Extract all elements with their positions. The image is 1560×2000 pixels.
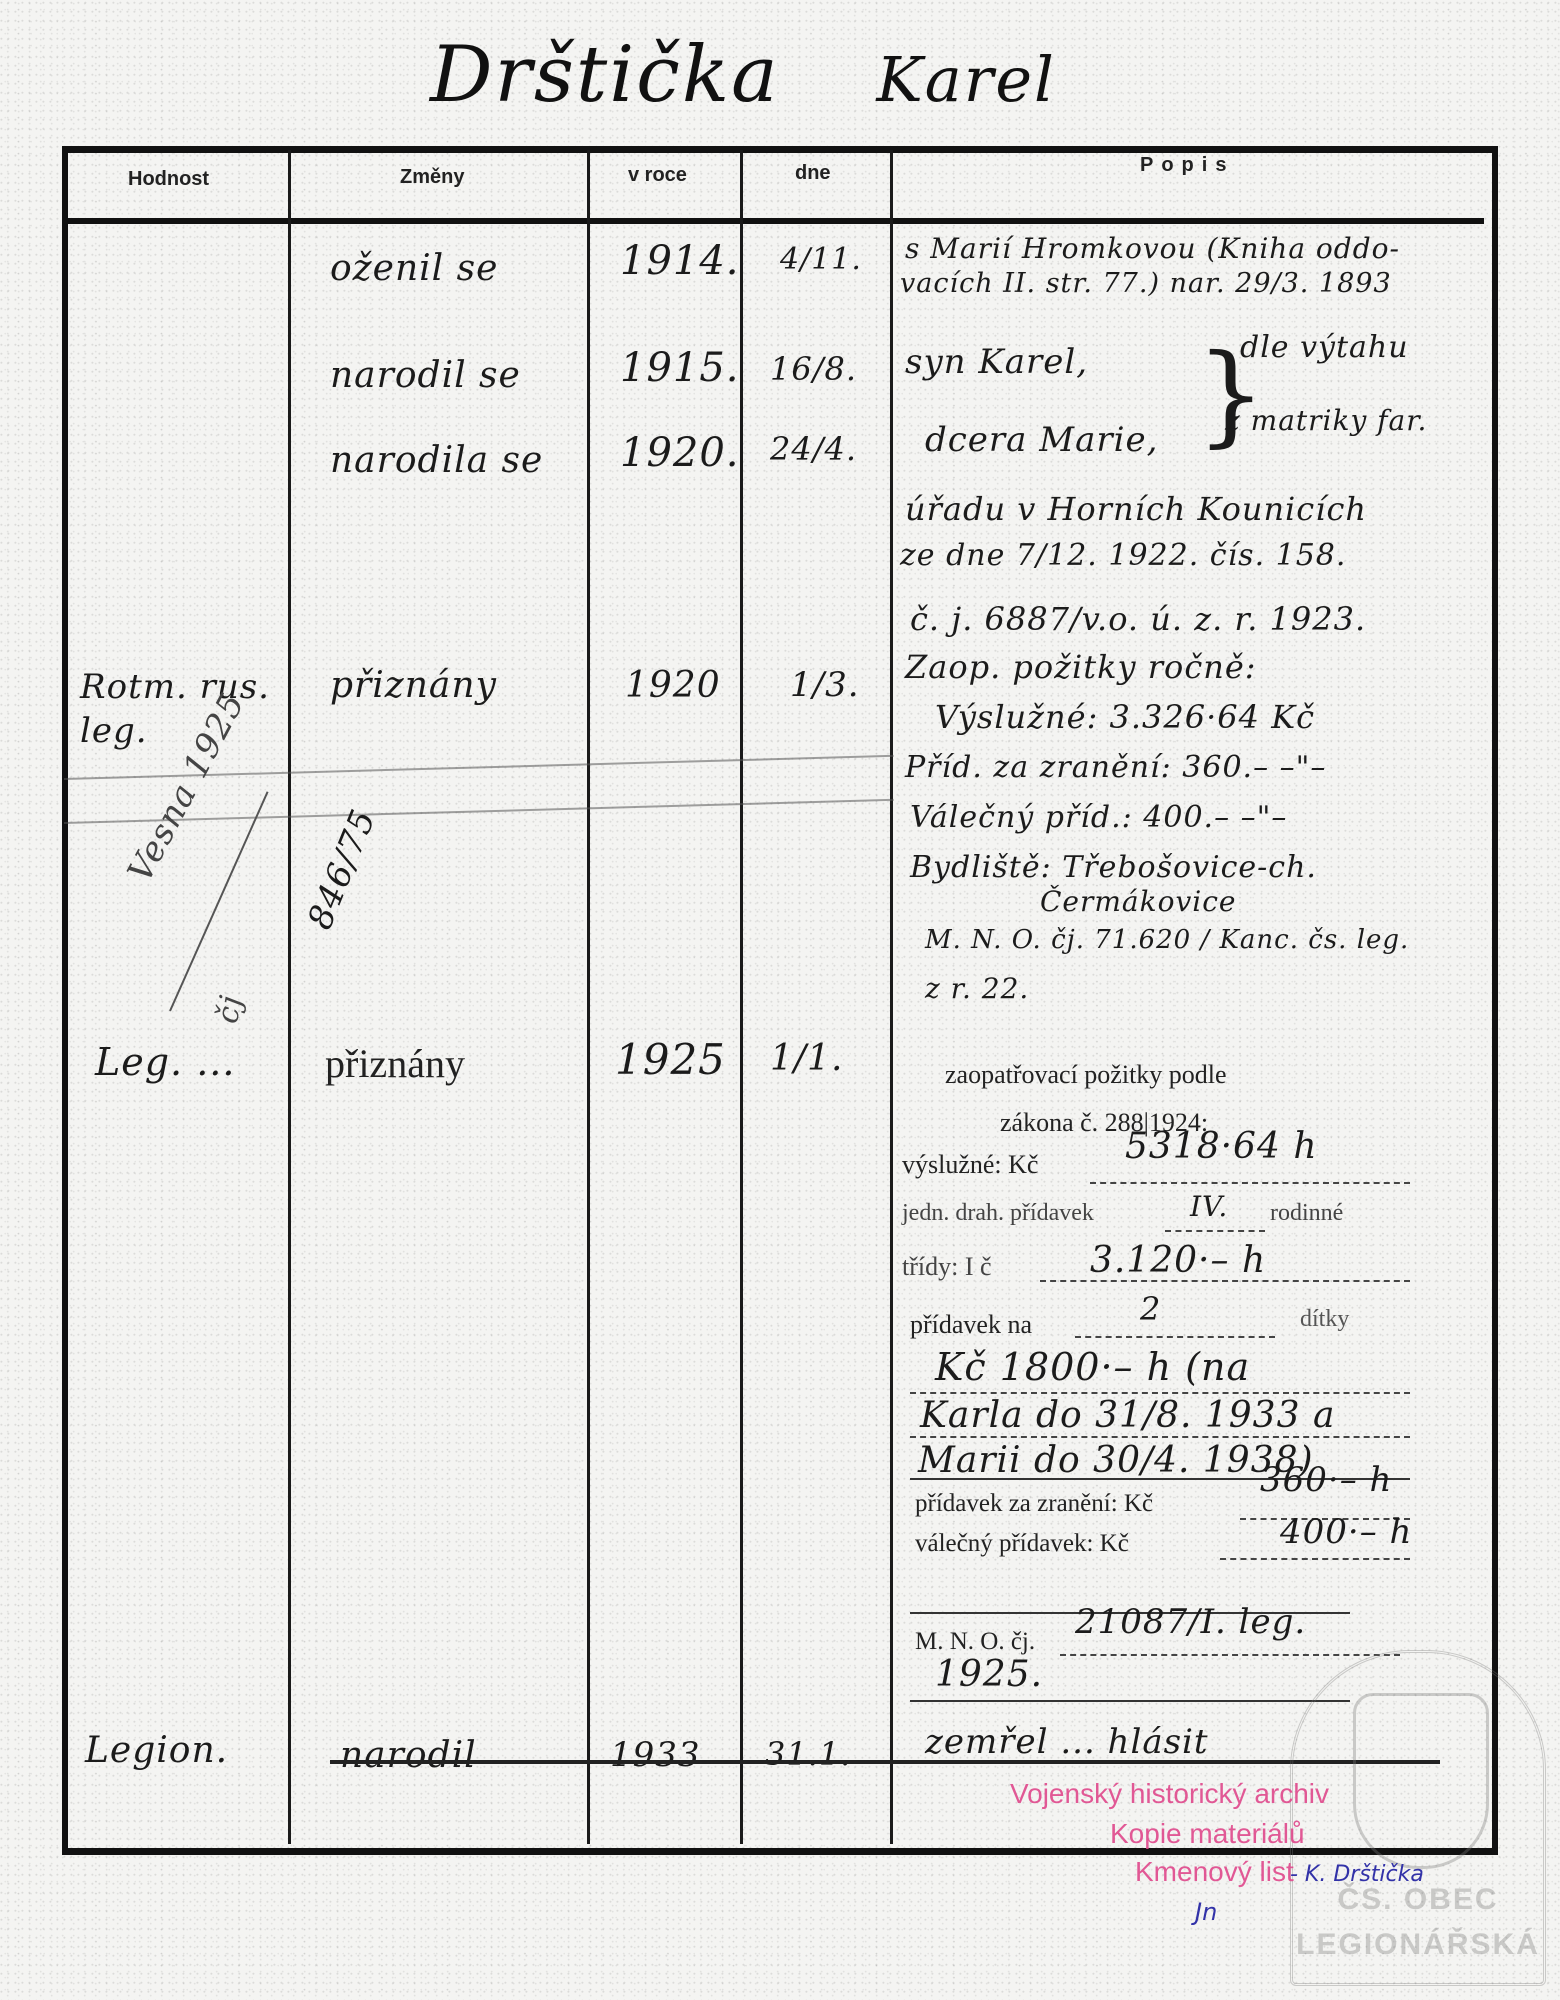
row-description: z r. 22. xyxy=(925,972,1029,1005)
row-description: Čermákovice xyxy=(1040,885,1236,918)
row-description: úřadu v Horních Kounicích xyxy=(905,490,1367,528)
row-day: 1/3. xyxy=(790,665,860,705)
archive-stamp-line-1: Vojenský historický archiv xyxy=(1010,1778,1329,1810)
column-header-v-roce: v roce xyxy=(628,164,687,187)
row-year: 1920. xyxy=(620,430,740,476)
valecny-value: 400·– h xyxy=(1280,1512,1412,1552)
row-description: Bydliště: Třebošovice-ch. xyxy=(910,850,1317,885)
row-change: narodil se xyxy=(330,355,521,396)
row-change: přiznány xyxy=(325,1040,465,1087)
bracket-note-line1: dle výtahu xyxy=(1240,330,1409,365)
column-divider xyxy=(890,150,893,1844)
row-change: oženil se xyxy=(330,248,498,289)
row-description: M. N. O. čj. 71.620 / Kanc. čs. leg. xyxy=(925,925,1409,955)
row-description: Výslužné: 3.326·64 Kč xyxy=(935,698,1315,736)
vysluzne-value: 5318·64 h xyxy=(1125,1126,1318,1167)
row-description: s Marií Hromkovou (Kniha oddo- xyxy=(905,232,1400,265)
popis-label: Popis xyxy=(1140,154,1234,176)
row-year: 1920 xyxy=(625,665,721,706)
row-day: 31.1. xyxy=(765,1735,851,1773)
row-year: 1925 xyxy=(615,1035,726,1084)
tridy-label: třídy: I č xyxy=(902,1252,992,1282)
mno-bottom-rule xyxy=(910,1700,1350,1702)
row-year: 1933 xyxy=(610,1735,701,1775)
row-change: narodila se xyxy=(330,440,543,481)
row-change: narodil xyxy=(340,1735,477,1776)
row-year: 1915. xyxy=(620,345,740,391)
row-day: 4/11. xyxy=(780,242,862,277)
row-day: 1/1. xyxy=(770,1038,843,1079)
document-title: Drštička Karel xyxy=(430,30,1056,120)
row-description: dcera Marie, xyxy=(925,420,1158,460)
vysluzne-line xyxy=(1090,1182,1410,1184)
header-divider xyxy=(64,218,1484,224)
mno-year: 1925. xyxy=(935,1654,1043,1695)
column-divider xyxy=(288,150,291,1844)
children-rule-1 xyxy=(910,1392,1410,1394)
pension-heading-1: zaopatřovací požitky podle xyxy=(945,1060,1227,1090)
pridavek-na-value: 2 xyxy=(1140,1290,1161,1328)
row-day: 16/8. xyxy=(770,350,857,388)
column-header-popis: Popis xyxy=(1140,154,1234,177)
valecny-line xyxy=(1220,1558,1410,1560)
drah-value: IV. xyxy=(1190,1190,1228,1223)
zraneni-value: 360·– h xyxy=(1260,1460,1392,1500)
mno-label: M. N. O. čj. xyxy=(915,1628,1035,1656)
drah-label: jedn. drah. přídavek xyxy=(902,1200,1094,1227)
mno-line xyxy=(1060,1654,1400,1656)
row-rank: Leg. ... xyxy=(95,1040,235,1084)
mno-value: 21087/I. leg. xyxy=(1075,1602,1306,1642)
watermark-line-2: LEGIONÁŘSKÁ xyxy=(1293,1928,1543,1962)
row-change: přiznány xyxy=(330,665,497,706)
bracket-note-line2: z matriky far. xyxy=(1225,404,1427,437)
legion-watermark: ČS. OBEC LEGIONÁŘSKÁ xyxy=(1290,1650,1546,1986)
record-table xyxy=(62,146,1498,1855)
pridavek-na-label: přídavek na xyxy=(910,1310,1032,1340)
row-description: č. j. 6887/v.o. ú. z. r. 1923. xyxy=(910,600,1366,638)
coat-of-arms-icon xyxy=(1353,1693,1489,1869)
stamp-handwritten-name: - K. Drštička xyxy=(1290,1862,1424,1887)
zraneni-label: přídavek za zranění: Kč xyxy=(915,1490,1153,1518)
row-description: Zaop. požitky ročně: xyxy=(905,648,1257,686)
children-line-2: Karla do 31/8. 1933 a xyxy=(920,1395,1335,1436)
ditky-label: dítky xyxy=(1300,1306,1349,1333)
title-firstname: Karel xyxy=(876,43,1055,116)
row-day: 24/4. xyxy=(770,430,857,468)
struck-text: zemřel ... hlásit xyxy=(925,1722,1209,1762)
row-description: ze dne 7/12. 1922. čís. 158. xyxy=(900,538,1346,573)
drah-line xyxy=(1165,1230,1265,1232)
column-header-hodnost: Hodnost xyxy=(128,168,209,191)
valecny-label: válečný přídavek: Kč xyxy=(915,1530,1129,1558)
row-description: Válečný příd.: 400.– –"– xyxy=(910,800,1287,835)
column-divider xyxy=(740,150,743,1844)
stamp-initials: Jn xyxy=(1195,1898,1217,1926)
column-header-dne: dne xyxy=(795,162,831,185)
pridavek-na-line xyxy=(1075,1336,1275,1338)
watermark-line-1: ČS. OBEC xyxy=(1293,1883,1543,1917)
strike-line xyxy=(330,1760,1440,1764)
archive-stamp-line-3: Kmenový list xyxy=(1135,1856,1294,1888)
vysluzne-label: výslužné: Kč xyxy=(902,1150,1038,1180)
children-line-3: Marii do 30/4. 1938) xyxy=(918,1440,1314,1481)
row-description: vacích II. str. 77.) nar. 29/3. 1893 xyxy=(900,268,1392,299)
rodinne-label: rodinné xyxy=(1270,1200,1343,1227)
row-description: Příd. za zranění: 360.– –"– xyxy=(905,750,1326,785)
margin-note-small: čj xyxy=(210,992,249,1026)
row-rank: Legion. xyxy=(85,1730,228,1771)
column-header-zmeny: Změny xyxy=(400,166,464,189)
tridy-value: 3.120·– h xyxy=(1090,1240,1266,1281)
column-divider xyxy=(587,150,590,1844)
row-year: 1914. xyxy=(620,238,740,284)
archive-stamp-line-2: Kopie materiálů xyxy=(1110,1818,1305,1850)
row-description: syn Karel, xyxy=(905,342,1088,382)
children-rule-2 xyxy=(910,1436,1410,1438)
children-line-1: Kč 1800·– h (na xyxy=(935,1345,1250,1389)
title-surname: Drštička xyxy=(430,30,780,120)
